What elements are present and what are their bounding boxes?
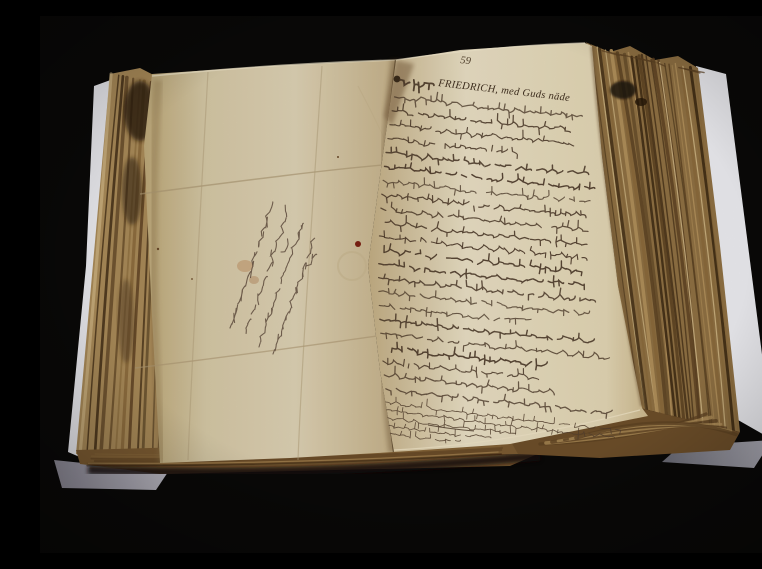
manuscript-photo: 59 FRIEDRICH, med Guds näde: [40, 16, 762, 553]
photo-canvas: 59 FRIEDRICH, med Guds näde: [40, 16, 762, 553]
vignette: [40, 16, 762, 553]
